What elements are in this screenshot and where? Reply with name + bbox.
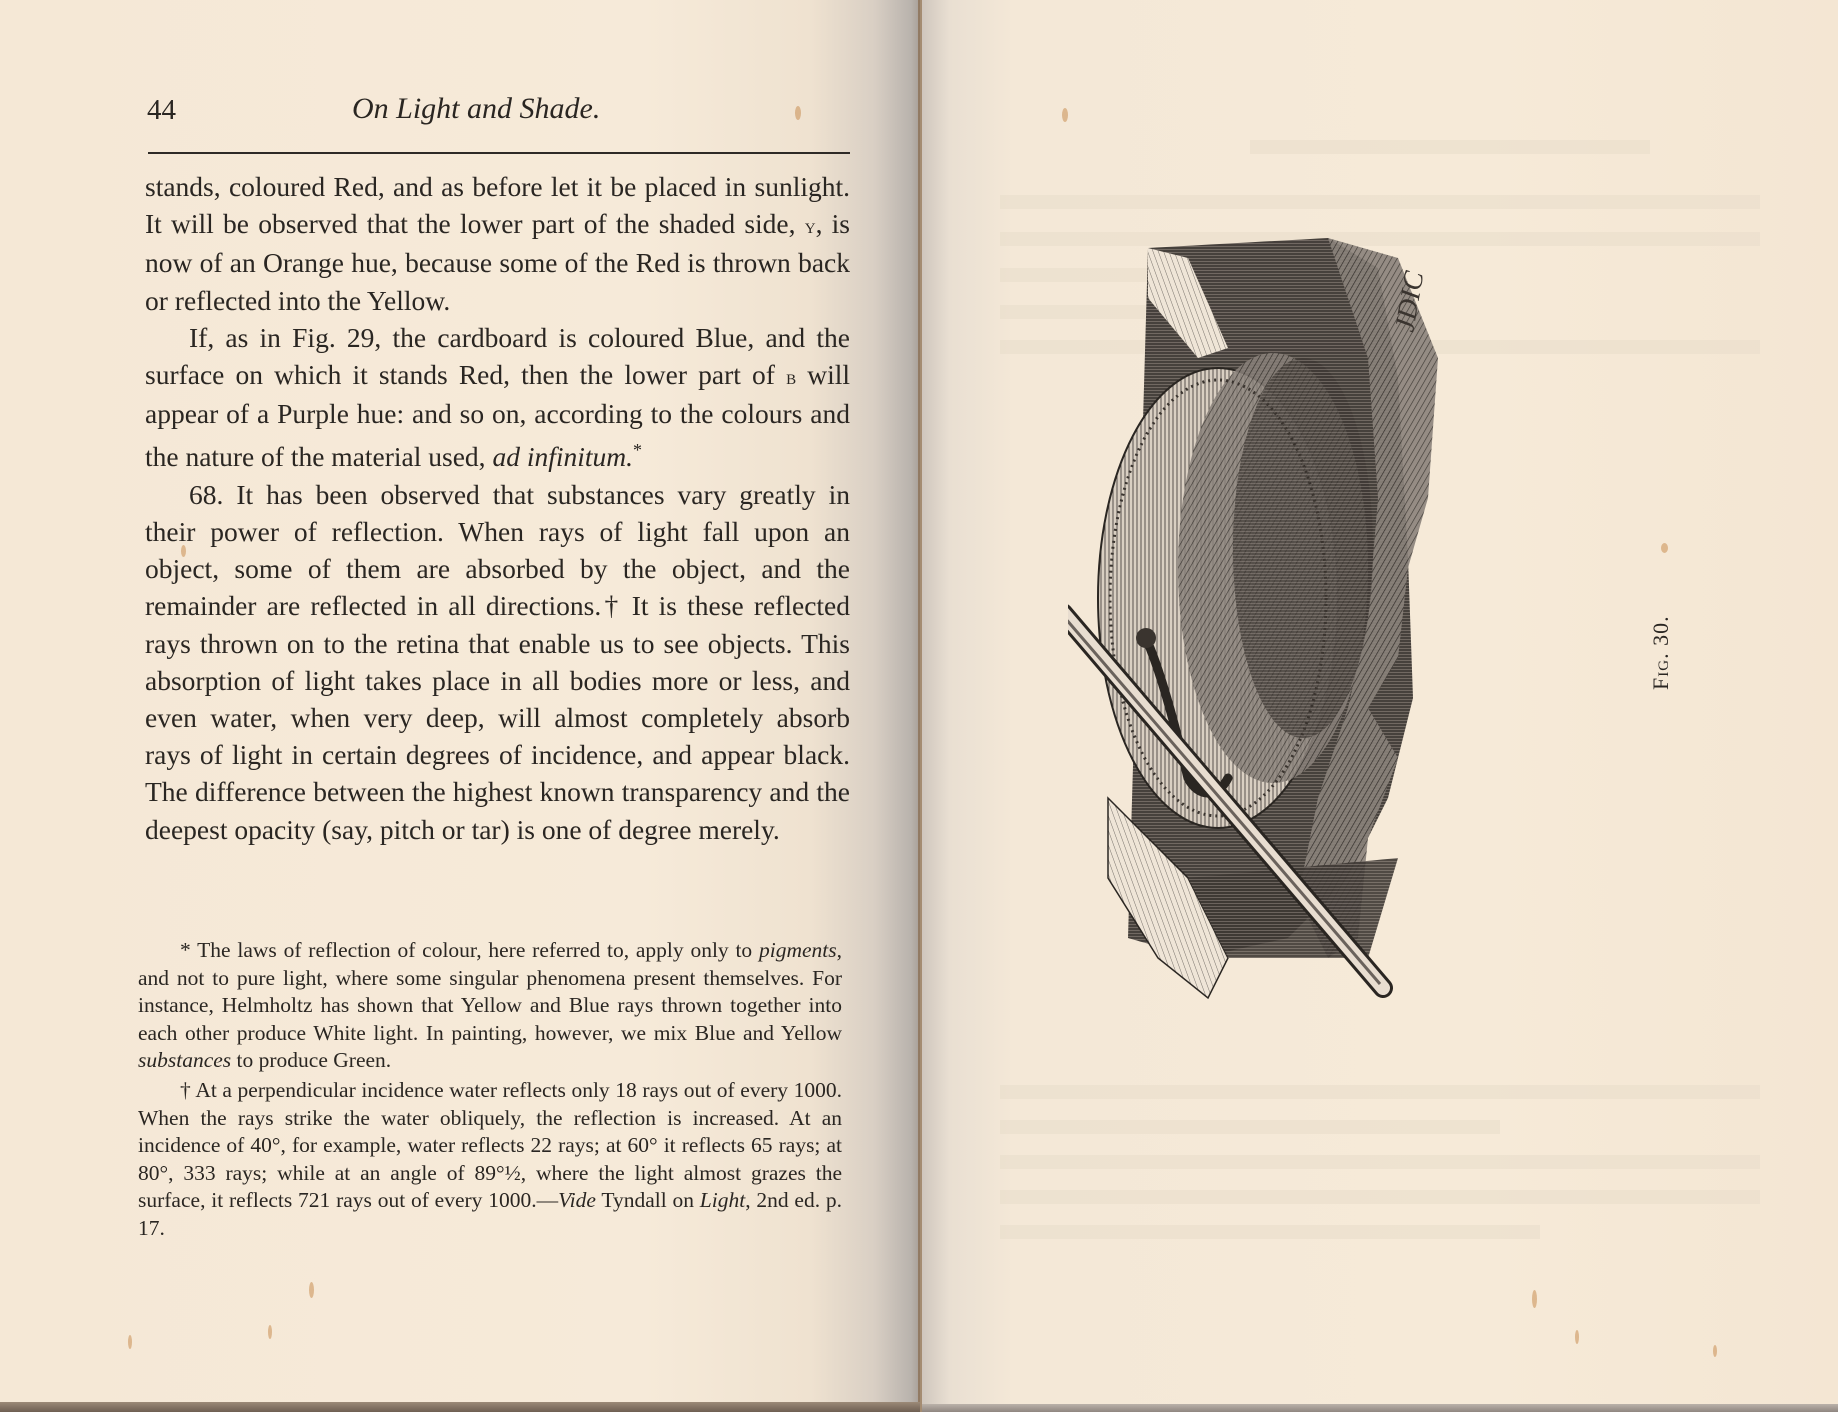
foxing-stain: [128, 1335, 132, 1349]
show-through-line: [1250, 140, 1650, 154]
book-gutter: [918, 0, 922, 1412]
page-edge: [922, 1404, 1838, 1412]
footnote-1: * The laws of reflection of colour, here…: [138, 937, 842, 1075]
foxing-stain: [268, 1325, 272, 1339]
show-through-line: [1000, 195, 1760, 209]
footnote-2: † At a perpendicular incidence water ref…: [138, 1077, 842, 1243]
figure-engraving: JDIC: [1068, 238, 1628, 1138]
text-segment: If, as in Fig. 29, the cardboard is colo…: [145, 322, 850, 390]
text-segment: * The laws of reflection of colour, here…: [180, 938, 759, 962]
page-edge: [0, 1402, 920, 1412]
text-segment: ad infinitum.: [492, 442, 633, 473]
footnotes: * The laws of reflection of colour, here…: [138, 937, 842, 1243]
text-segment: Tyndall on: [596, 1188, 700, 1212]
figure-label: Fig. 30.: [1648, 615, 1673, 690]
foxing-stain: [1661, 543, 1668, 553]
show-through-line: [1000, 1155, 1760, 1169]
foxing-stain: [309, 1282, 314, 1298]
text-segment: *: [633, 440, 642, 460]
foxing-stain: [1713, 1345, 1717, 1357]
text-segment: b: [786, 364, 796, 389]
show-through-line: [1000, 1190, 1760, 1204]
text-segment: to produce Green.: [231, 1048, 391, 1072]
figure-caption: Fig. 30.: [1648, 615, 1674, 690]
text-segment: Light: [700, 1188, 745, 1212]
running-head: 44 On Light and Shade.: [147, 92, 850, 132]
text-segment: y: [805, 213, 816, 238]
foxing-stain: [1532, 1290, 1537, 1308]
foxing-stain: [1575, 1330, 1579, 1344]
header-rule: [148, 152, 850, 154]
paragraph-p1: stands, coloured Red, and as before let …: [145, 168, 850, 319]
show-through-line: [1000, 1225, 1540, 1239]
text-segment: stands, coloured Red, and as before let …: [145, 171, 850, 239]
paragraph-p2: If, as in Fig. 29, the cardboard is colo…: [145, 319, 850, 476]
text-segment: pigments: [759, 938, 837, 962]
body-text: stands, coloured Red, and as before let …: [145, 168, 850, 848]
page-number: 44: [147, 94, 176, 127]
text-segment: Vide: [558, 1188, 596, 1212]
running-title: On Light and Shade.: [352, 92, 600, 126]
text-segment: 68. It has been observed that substances…: [145, 479, 850, 845]
paragraph-p3: 68. It has been observed that substances…: [145, 476, 850, 848]
text-segment: substances: [138, 1048, 231, 1072]
foxing-stain: [1062, 108, 1068, 122]
